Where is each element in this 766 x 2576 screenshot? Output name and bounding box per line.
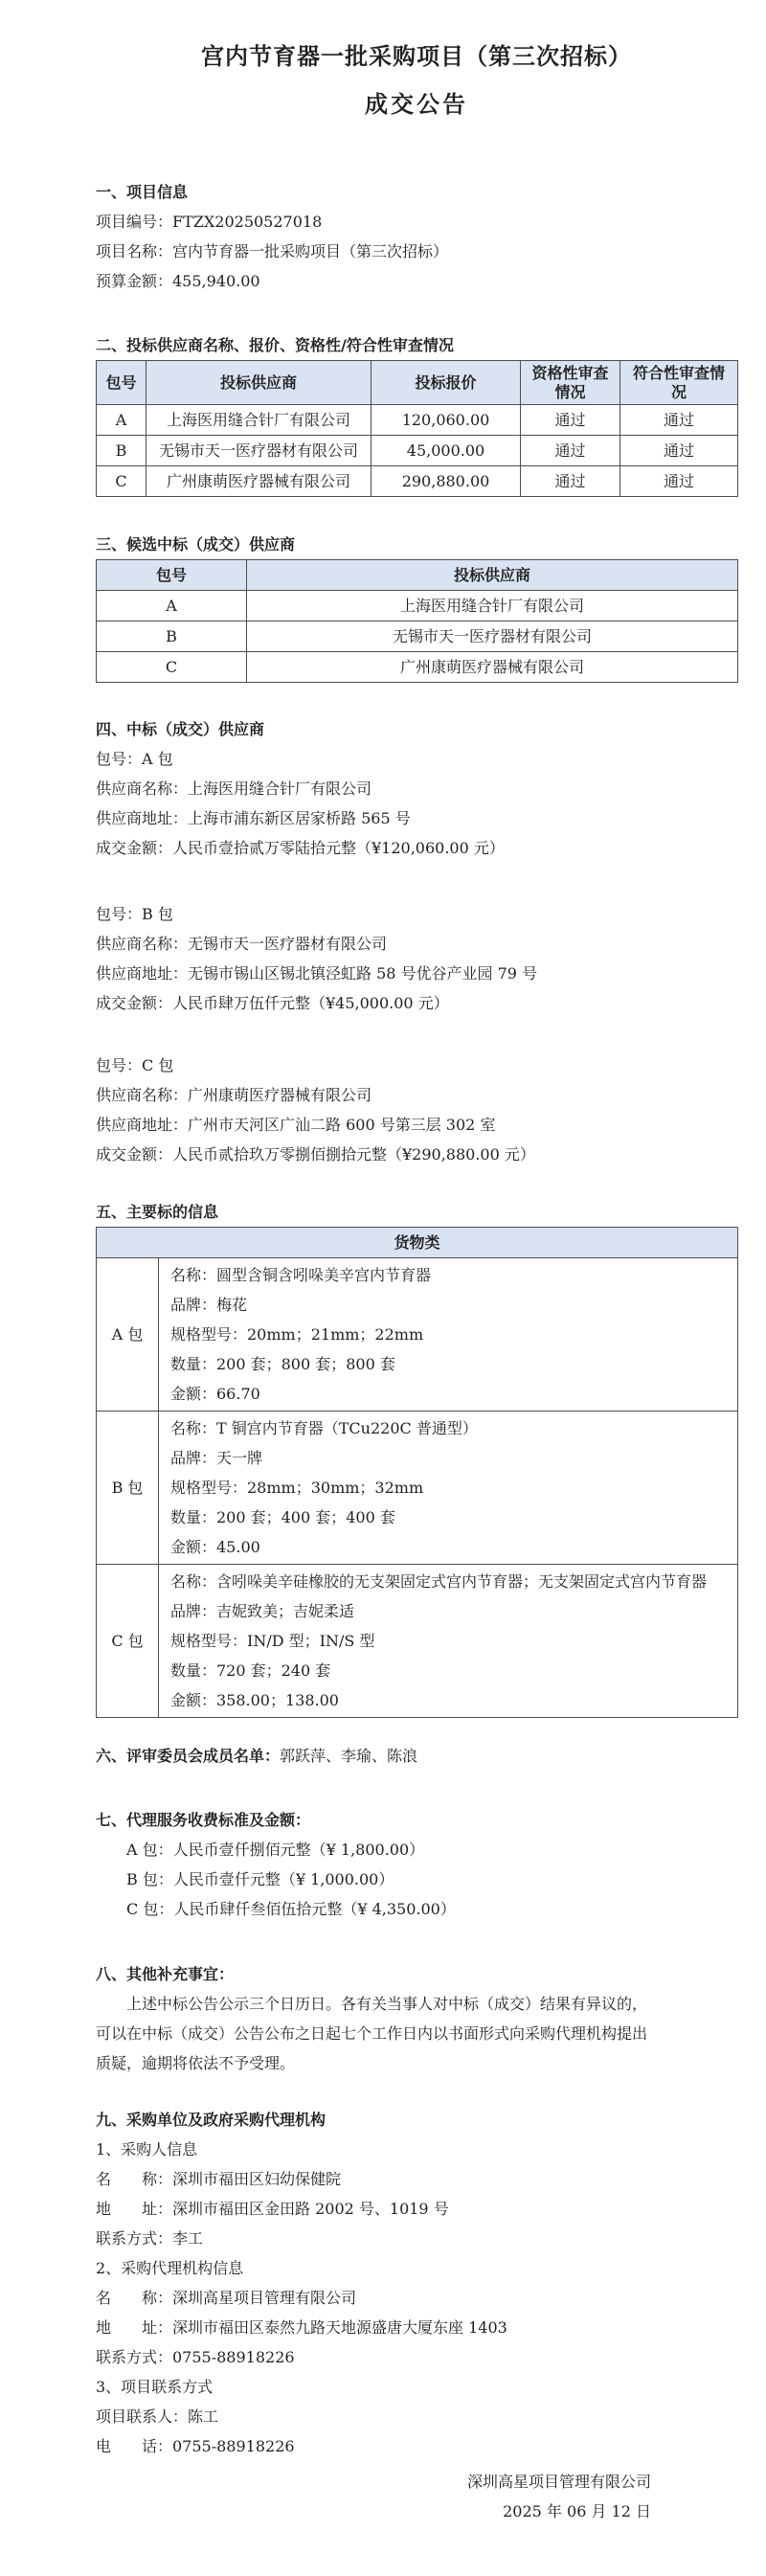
col-header-supplier: 投标供应商 xyxy=(146,361,372,405)
col-header-package: 包号 xyxy=(97,361,146,405)
purchaser-address: 地 址：深圳市福田区金田路 2002 号、1019 号 xyxy=(96,2194,737,2224)
awarded-package-a: 包号：A 包 供应商名称：上海医用缝合针厂有限公司 供应商地址：上海市浦东新区居… xyxy=(96,744,737,863)
purchaser-name: 名 称：深圳市福田区妇幼保健院 xyxy=(96,2164,737,2194)
table-row: B 无锡市天一医疗器材有限公司 xyxy=(97,621,738,652)
package-number: 包号：A 包 xyxy=(96,744,737,774)
supplier-name: 供应商名称：无锡市天一医疗器材有限公司 xyxy=(96,929,737,959)
cell-qualification: 通过 xyxy=(521,436,620,466)
agency-subheading: 2、采购代理机构信息 xyxy=(96,2253,737,2283)
project-contact-subheading: 3、项目联系方式 xyxy=(96,2372,737,2402)
package-number: 包号：B 包 xyxy=(96,899,737,929)
table-row: C 包 名称：含吲哚美辛硅橡胶的无支架固定式宫内节育器；无支架固定式宫内节育器 … xyxy=(97,1565,738,1718)
cell-conformity: 通过 xyxy=(620,405,738,436)
agency-address: 地 址：深圳市福田区泰然九路天地源盛唐大厦东座 1403 xyxy=(96,2313,737,2342)
cell-package: C 包 xyxy=(97,1565,159,1718)
cell-package: C xyxy=(97,466,146,497)
section-heading-project-info: 一、项目信息 xyxy=(96,177,737,207)
section-heading-purchaser-agency: 九、采购单位及政府采购代理机构 xyxy=(96,2105,737,2135)
cell-supplier: 上海医用缝合针厂有限公司 xyxy=(146,405,372,436)
agency-name: 名 称：深圳高星项目管理有限公司 xyxy=(96,2283,737,2313)
package-number: 包号：C 包 xyxy=(96,1051,737,1080)
goods-amount: 金额：358.00；138.00 xyxy=(170,1685,726,1715)
cell-supplier: 无锡市天一医疗器材有限公司 xyxy=(247,621,738,652)
supplementary-paragraph: 上述中标公告公示三个日历日。各有关当事人对中标（成交）结果有异议的，可以在中标（… xyxy=(96,1989,651,2078)
goods-name: 名称：T 铜宫内节育器（TCu220C 普通型） xyxy=(170,1413,726,1443)
purchaser-contact: 联系方式：李工 xyxy=(96,2224,737,2253)
section-heading-agency-fee: 七、代理服务收费标准及金额： xyxy=(96,1805,737,1835)
agency-fee-b: B 包：人民币壹仟元整（¥ 1,000.00） xyxy=(96,1864,737,1894)
table-header-row: 货物类 xyxy=(97,1228,738,1258)
col-header-qualification: 资格性审查情况 xyxy=(521,361,620,405)
project-contact-phone: 电 话：0755-88918226 xyxy=(96,2431,737,2461)
review-committee-members: 郭跃萍、李瑜、陈浪 xyxy=(280,1747,417,1765)
goods-amount: 金额：45.00 xyxy=(170,1532,726,1562)
table-row: A 上海医用缝合针厂有限公司 120,060.00 通过 通过 xyxy=(97,405,738,436)
awarded-package-b: 包号：B 包 供应商名称：无锡市天一医疗器材有限公司 供应商地址：无锡市锡山区锡… xyxy=(96,899,737,1018)
cell-goods-details: 名称：T 铜宫内节育器（TCu220C 普通型） 品牌：天一牌 规格型号：28m… xyxy=(159,1412,738,1565)
budget-amount: 预算金额：455,940.00 xyxy=(96,266,737,296)
cell-package: C xyxy=(97,652,247,683)
supplier-address: 供应商地址：上海市浦东新区居家桥路 565 号 xyxy=(96,803,737,833)
purchaser-subheading: 1、采购人信息 xyxy=(96,2135,737,2164)
col-header-package: 包号 xyxy=(97,560,247,591)
cell-supplier: 广州康萌医疗器械有限公司 xyxy=(146,466,372,497)
goods-category-header: 货物类 xyxy=(97,1228,738,1258)
cell-qualification: 通过 xyxy=(521,466,620,497)
agency-fee-a: A 包：人民币壹仟捌佰元整（¥ 1,800.00） xyxy=(96,1835,737,1864)
agency-fee-c: C 包：人民币肆仟叁佰伍拾元整（¥ 4,350.00） xyxy=(96,1894,737,1924)
deal-amount: 成交金额：人民币贰拾玖万零捌佰捌拾元整（¥290,880.00 元） xyxy=(96,1140,737,1169)
goods-quantity: 数量：200 套；400 套；400 套 xyxy=(170,1503,726,1532)
goods-amount: 金额：66.70 xyxy=(170,1379,726,1409)
project-name: 项目名称：宫内节育器一批采购项目（第三次招标） xyxy=(96,237,737,266)
cell-package: A xyxy=(97,591,247,621)
supplier-address: 供应商地址：广州市天河区广汕二路 600 号第三层 302 室 xyxy=(96,1110,737,1140)
cell-goods-details: 名称：含吲哚美辛硅橡胶的无支架固定式宫内节育器；无支架固定式宫内节育器 品牌：吉… xyxy=(159,1565,738,1718)
cell-conformity: 通过 xyxy=(620,436,738,466)
project-number: 项目编号：FTZX20250527018 xyxy=(96,207,737,237)
table-header-row: 包号 投标供应商 投标报价 资格性审查情况 符合性审查情况 xyxy=(97,361,738,405)
signature-org: 深圳高星项目管理有限公司 xyxy=(96,2467,651,2497)
table-header-row: 包号 投标供应商 xyxy=(97,560,738,591)
goods-name: 名称：含吲哚美辛硅橡胶的无支架固定式宫内节育器；无支架固定式宫内节育器 xyxy=(170,1567,726,1596)
signature-date: 2025 年 06 月 12 日 xyxy=(96,2497,651,2526)
cell-package: B xyxy=(97,436,146,466)
signature-block: 深圳高星项目管理有限公司 2025 年 06 月 12 日 xyxy=(96,2467,651,2526)
cell-bid-price: 45,000.00 xyxy=(372,436,521,466)
document-page: 宫内节育器一批采购项目（第三次招标） 成交公告 一、项目信息 项目编号：FTZX… xyxy=(0,0,766,2576)
section-heading-subject-info: 五、主要标的信息 xyxy=(96,1197,737,1227)
section-heading-awarded: 四、中标（成交）供应商 xyxy=(96,714,737,744)
goods-spec: 规格型号：20mm；21mm；22mm xyxy=(170,1320,726,1349)
deal-amount: 成交金额：人民币肆万伍仟元整（¥45,000.00 元） xyxy=(96,988,737,1018)
section-heading-bid-review: 二、投标供应商名称、报价、资格性/符合性审查情况 xyxy=(96,330,737,360)
table-row: A 上海医用缝合针厂有限公司 xyxy=(97,591,738,621)
cell-supplier: 上海医用缝合针厂有限公司 xyxy=(247,591,738,621)
goods-spec: 规格型号：28mm；30mm；32mm xyxy=(170,1473,726,1503)
table-row: B 包 名称：T 铜宫内节育器（TCu220C 普通型） 品牌：天一牌 规格型号… xyxy=(97,1412,738,1565)
section-heading-review-committee: 六、评审委员会成员名单：郭跃萍、李瑜、陈浪 xyxy=(96,1741,737,1771)
cell-bid-price: 120,060.00 xyxy=(372,405,521,436)
candidate-supplier-table: 包号 投标供应商 A 上海医用缝合针厂有限公司 B 无锡市天一医疗器材有限公司 … xyxy=(96,559,738,683)
cell-package: B xyxy=(97,621,247,652)
cell-supplier: 无锡市天一医疗器材有限公司 xyxy=(146,436,372,466)
project-contact-person: 项目联系人：陈工 xyxy=(96,2402,737,2431)
table-row: A 包 名称：圆型含铜含吲哚美辛宫内节育器 品牌：梅花 规格型号：20mm；21… xyxy=(97,1258,738,1412)
supplier-name: 供应商名称：上海医用缝合针厂有限公司 xyxy=(96,774,737,803)
deal-amount: 成交金额：人民币壹拾贰万零陆拾元整（¥120,060.00 元） xyxy=(96,833,737,863)
awarded-package-c: 包号：C 包 供应商名称：广州康萌医疗器械有限公司 供应商地址：广州市天河区广汕… xyxy=(96,1051,737,1169)
doc-title: 宫内节育器一批采购项目（第三次招标） xyxy=(96,40,737,73)
goods-info-table: 货物类 A 包 名称：圆型含铜含吲哚美辛宫内节育器 品牌：梅花 规格型号：20m… xyxy=(96,1227,738,1718)
agency-contact: 联系方式：0755-88918226 xyxy=(96,2342,737,2372)
table-row: B 无锡市天一医疗器材有限公司 45,000.00 通过 通过 xyxy=(97,436,738,466)
cell-supplier: 广州康萌医疗器械有限公司 xyxy=(247,652,738,683)
table-row: C 广州康萌医疗器械有限公司 xyxy=(97,652,738,683)
goods-brand: 品牌：梅花 xyxy=(170,1290,726,1320)
section-heading-supplementary: 八、其他补充事宜： xyxy=(96,1959,737,1989)
goods-brand: 品牌：吉妮致美；吉妮柔适 xyxy=(170,1596,726,1626)
supplier-name: 供应商名称：广州康萌医疗器械有限公司 xyxy=(96,1080,737,1110)
review-committee-label: 六、评审委员会成员名单： xyxy=(96,1747,280,1765)
supplier-address: 供应商地址：无锡市锡山区锡北镇泾虹路 58 号优谷产业园 79 号 xyxy=(96,959,737,988)
col-header-conformity: 符合性审查情况 xyxy=(620,361,738,405)
table-row: C 广州康萌医疗器械有限公司 290,880.00 通过 通过 xyxy=(97,466,738,497)
section-heading-candidates: 三、候选中标（成交）供应商 xyxy=(96,530,737,559)
doc-subtitle: 成交公告 xyxy=(96,88,737,121)
cell-package: A 包 xyxy=(97,1258,159,1412)
bid-review-table: 包号 投标供应商 投标报价 资格性审查情况 符合性审查情况 A 上海医用缝合针厂… xyxy=(96,360,738,497)
goods-brand: 品牌：天一牌 xyxy=(170,1443,726,1473)
col-header-supplier: 投标供应商 xyxy=(247,560,738,591)
cell-package: B 包 xyxy=(97,1412,159,1565)
cell-bid-price: 290,880.00 xyxy=(372,466,521,497)
cell-conformity: 通过 xyxy=(620,466,738,497)
goods-spec: 规格型号：IN/D 型；IN/S 型 xyxy=(170,1626,726,1656)
goods-quantity: 数量：200 套；800 套；800 套 xyxy=(170,1349,726,1379)
cell-goods-details: 名称：圆型含铜含吲哚美辛宫内节育器 品牌：梅花 规格型号：20mm；21mm；2… xyxy=(159,1258,738,1412)
cell-package: A xyxy=(97,405,146,436)
goods-quantity: 数量：720 套；240 套 xyxy=(170,1656,726,1685)
cell-qualification: 通过 xyxy=(521,405,620,436)
col-header-bid-price: 投标报价 xyxy=(372,361,521,405)
goods-name: 名称：圆型含铜含吲哚美辛宫内节育器 xyxy=(170,1260,726,1290)
